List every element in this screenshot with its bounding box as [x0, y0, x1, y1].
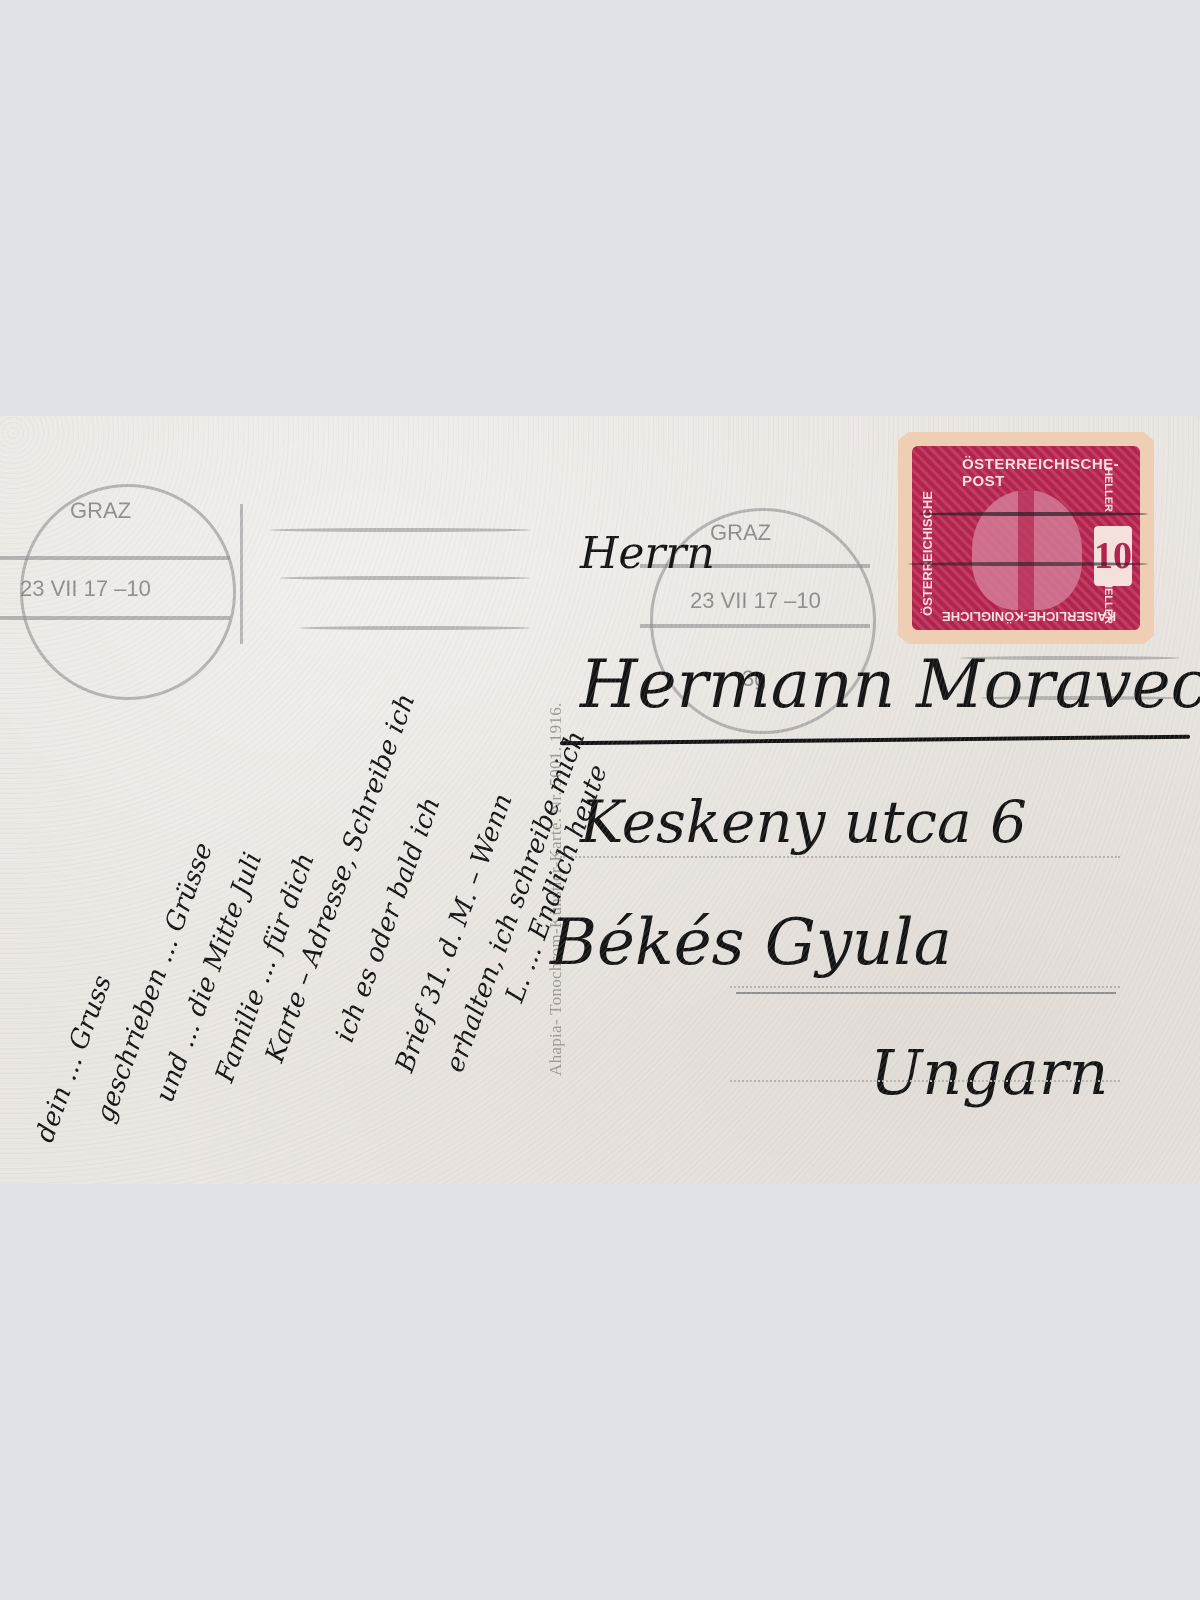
stamp-cancel-wave: [918, 512, 1148, 516]
address-dotted-line: [560, 856, 1120, 858]
stamp-value: 10: [1094, 535, 1132, 577]
stamp-unit-bottom: HELLER: [1102, 580, 1114, 624]
address-salutation: Herrn: [580, 528, 715, 579]
crown-icon: [972, 490, 1082, 610]
postmark-left-town: GRAZ: [70, 498, 131, 524]
cancel-wave: [300, 626, 530, 630]
postmark-right-date: 23 VII 17 –10: [690, 588, 821, 614]
address-name: Hermann Moravec: [580, 646, 1200, 723]
stamp-bottom-text: KAISERLICHE-KÖNIGLICHE: [942, 609, 1116, 624]
divider-mark: [240, 504, 243, 644]
address-city: Békés Gyula: [550, 906, 952, 980]
cancel-wave: [270, 528, 530, 532]
address-dotted-line: [730, 986, 1120, 988]
address-country: Ungarn: [870, 1036, 1108, 1109]
postmark-right-town: GRAZ: [710, 520, 771, 546]
postmark-left-date: 23 VII 17 –10: [20, 576, 151, 602]
cancel-wave: [280, 576, 530, 580]
address-underline: [560, 735, 1190, 746]
stamp-value-box: 10: [1094, 526, 1132, 586]
stamp-side-text: ÖSTERREICHISCHE: [920, 491, 935, 616]
address-dotted-line: [730, 1080, 1120, 1082]
stamp-cancel-wave: [908, 562, 1148, 566]
stamp-unit-top: HELLER: [1102, 468, 1114, 512]
postage-stamp: ÖSTERREICHISCHE-POST ÖSTERREICHISCHE KAI…: [898, 432, 1154, 644]
address-street: Keskeny utca 6: [580, 788, 1027, 856]
stamp-design: ÖSTERREICHISCHE-POST ÖSTERREICHISCHE KAI…: [912, 446, 1140, 630]
address-grey-rule: [736, 992, 1116, 994]
